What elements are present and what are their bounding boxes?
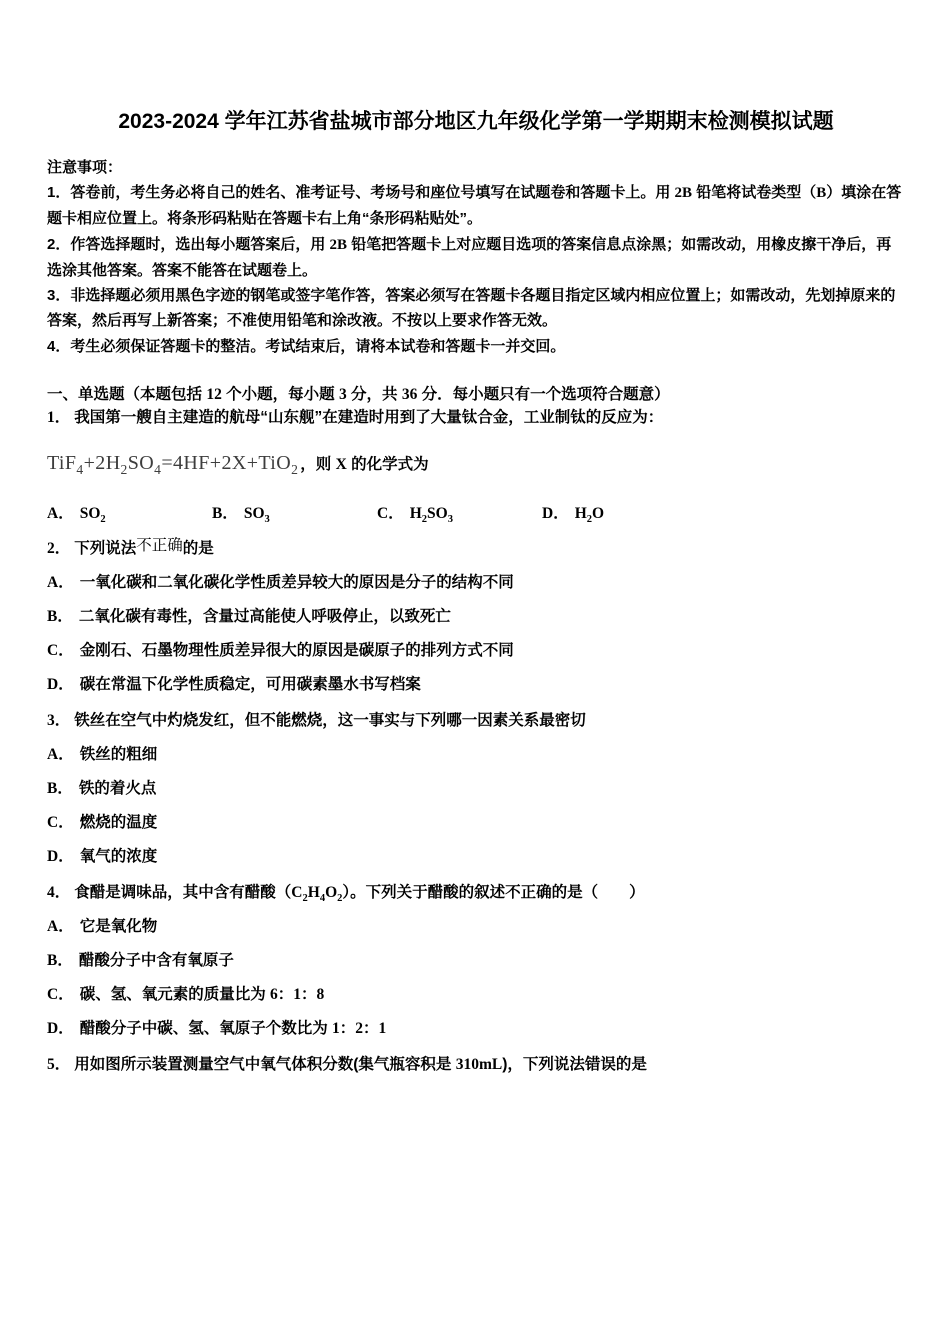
option-label: A． [47, 746, 74, 763]
question-1-equation-row: TiF4+2H2SO4=4HF+2X+TiO2 ，则 X 的化学式为 [47, 452, 905, 475]
question-3-number: 3． [47, 712, 70, 729]
option-text: 氧气的浓度 [80, 848, 158, 865]
option-label: C． [377, 505, 404, 522]
question-4-number: 4． [47, 884, 70, 901]
option-label: C． [47, 642, 74, 659]
question-1-options: A．SO2 B．SO3 C．H2SO3 D．H2O [47, 501, 905, 523]
question-2-text: 下列说法不正确的是 [74, 537, 214, 557]
exam-page: 2023-2024 学年江苏省盐城市部分地区九年级化学第一学期期末检测模拟试题 … [0, 0, 950, 1344]
question-5-number: 5． [47, 1056, 70, 1073]
question-1-option-d: D．H2O [542, 501, 604, 523]
equation-suffix: ，则 X 的化学式为 [300, 452, 428, 474]
option-text: 一氧化碳和二氧化碳化学性质差异较大的原因是分子的结构不同 [80, 574, 514, 591]
notice-item-3: 3．非选择题必须用黑色字迹的钢笔或签字笔作答，答案必须写在答题卡各题目指定区域内… [47, 283, 905, 334]
option-text: 碳、氢、氧元素的质量比为 6：1：8 [80, 986, 325, 1003]
question-3-option-b: B．铁的着火点 [47, 778, 905, 799]
notice-item-4: 4．考生必须保证答题卡的整洁。考试结束后，请将本试卷和答题卡一并交回。 [47, 334, 905, 359]
question-1-stem: 1．我国第一艘自主建造的航母“山东舰”在建造时用到了大量钛合金，工业制钛的反应为… [47, 407, 905, 428]
option-label: B． [212, 505, 238, 522]
page-title: 2023-2024 学年江苏省盐城市部分地区九年级化学第一学期期末检测模拟试题 [47, 108, 905, 135]
option-label: A． [47, 574, 74, 591]
option-text: 碳在常温下化学性质稳定，可用碳素墨水书写档案 [80, 676, 421, 693]
option-text: H2O [575, 505, 604, 522]
question-1-option-a: A．SO2 [47, 501, 212, 523]
question-4-option-a: A．它是氧化物 [47, 916, 905, 937]
chemical-equation: TiF4+2H2SO4=4HF+2X+TiO2 [47, 452, 298, 475]
notice-item-2: 2．作答选择题时，选出每小题答案后，用 2B 铅笔把答题卡上对应题目选项的答案信… [47, 232, 905, 284]
question-2-option-c: C．金刚石、石墨物理性质差异很大的原因是碳原子的排列方式不同 [47, 640, 905, 661]
option-label: C． [47, 814, 74, 831]
option-text: H2SO3 [410, 505, 453, 522]
option-label: A． [47, 918, 74, 935]
question-5-stem: 5．用如图所示装置测量空气中氧气体积分数(集气瓶容积是 310mL)，下列说法错… [47, 1054, 905, 1075]
question-3-option-d: D．氧气的浓度 [47, 846, 905, 867]
option-label: D． [47, 1020, 74, 1037]
question-4-option-c: C．碳、氢、氧元素的质量比为 6：1：8 [47, 984, 905, 1005]
option-label: D． [542, 505, 569, 522]
question-2-number: 2． [47, 540, 70, 557]
question-4-text: 食醋是调味品，其中含有醋酸（C2H4O2）。下列关于醋酸的叙述不正确的是（ ） [74, 884, 644, 901]
section-heading: 一、单选题（本题包括 12 个小题，每小题 3 分，共 36 分．每小题只有一个… [47, 382, 905, 407]
question-1-option-b: B．SO3 [212, 501, 377, 523]
question-1-number: 1． [47, 409, 70, 426]
question-1-option-c: C．H2SO3 [377, 501, 542, 523]
notice-item-1: 1．答卷前，考生务必将自己的姓名、准考证号、考场号和座位号填写在试题卷和答题卡上… [47, 180, 905, 232]
option-text: SO3 [244, 505, 270, 522]
question-4-option-d: D．醋酸分子中碳、氢、氧原子个数比为 1：2：1 [47, 1018, 905, 1039]
option-text: 它是氧化物 [80, 918, 158, 935]
question-4-option-b: B．醋酸分子中含有氧原子 [47, 950, 905, 971]
option-label: D． [47, 676, 74, 693]
option-text: 醋酸分子中碳、氢、氧原子个数比为 1：2：1 [80, 1020, 387, 1037]
option-text: 醋酸分子中含有氧原子 [79, 952, 234, 969]
option-label: B． [47, 780, 73, 797]
question-1-text: 我国第一艘自主建造的航母“山东舰”在建造时用到了大量钛合金，工业制钛的反应为： [74, 409, 663, 426]
question-3-option-a: A．铁丝的粗细 [47, 744, 905, 765]
question-2-option-b: B．二氧化碳有毒性，含量过高能使人呼吸停止，以致死亡 [47, 606, 905, 627]
question-2-option-a: A．一氧化碳和二氧化碳化学性质差异较大的原因是分子的结构不同 [47, 572, 905, 593]
option-label: C． [47, 986, 74, 1003]
option-text: SO2 [80, 505, 106, 522]
question-3-stem: 3．铁丝在空气中灼烧发红，但不能燃烧，这一事实与下列哪一因素关系最密切 [47, 710, 905, 731]
option-label: B． [47, 608, 73, 625]
option-text: 金刚石、石墨物理性质差异很大的原因是碳原子的排列方式不同 [80, 642, 514, 659]
option-text: 二氧化碳有毒性，含量过高能使人呼吸停止，以致死亡 [79, 608, 451, 625]
question-3-text: 铁丝在空气中灼烧发红，但不能燃烧，这一事实与下列哪一因素关系最密切 [74, 712, 586, 729]
option-text: 铁丝的粗细 [80, 746, 158, 763]
question-3-option-c: C．燃烧的温度 [47, 812, 905, 833]
option-text: 铁的着火点 [79, 780, 157, 797]
question-5-text: 用如图所示装置测量空气中氧气体积分数(集气瓶容积是 310mL)，下列说法错误的… [74, 1056, 647, 1073]
notice-section: 注意事项： 1．答卷前，考生务必将自己的姓名、准考证号、考场号和座位号填写在试题… [47, 155, 905, 359]
option-label: D． [47, 848, 74, 865]
question-2-stem: 2．下列说法不正确的是 [47, 538, 905, 559]
question-4-stem: 4．食醋是调味品，其中含有醋酸（C2H4O2）。下列关于醋酸的叙述不正确的是（ … [47, 882, 905, 903]
question-2-option-d: D．碳在常温下化学性质稳定，可用碳素墨水书写档案 [47, 674, 905, 695]
notice-heading: 注意事项： [47, 155, 905, 180]
option-label: A． [47, 505, 74, 522]
option-label: B． [47, 952, 73, 969]
option-text: 燃烧的温度 [80, 814, 158, 831]
